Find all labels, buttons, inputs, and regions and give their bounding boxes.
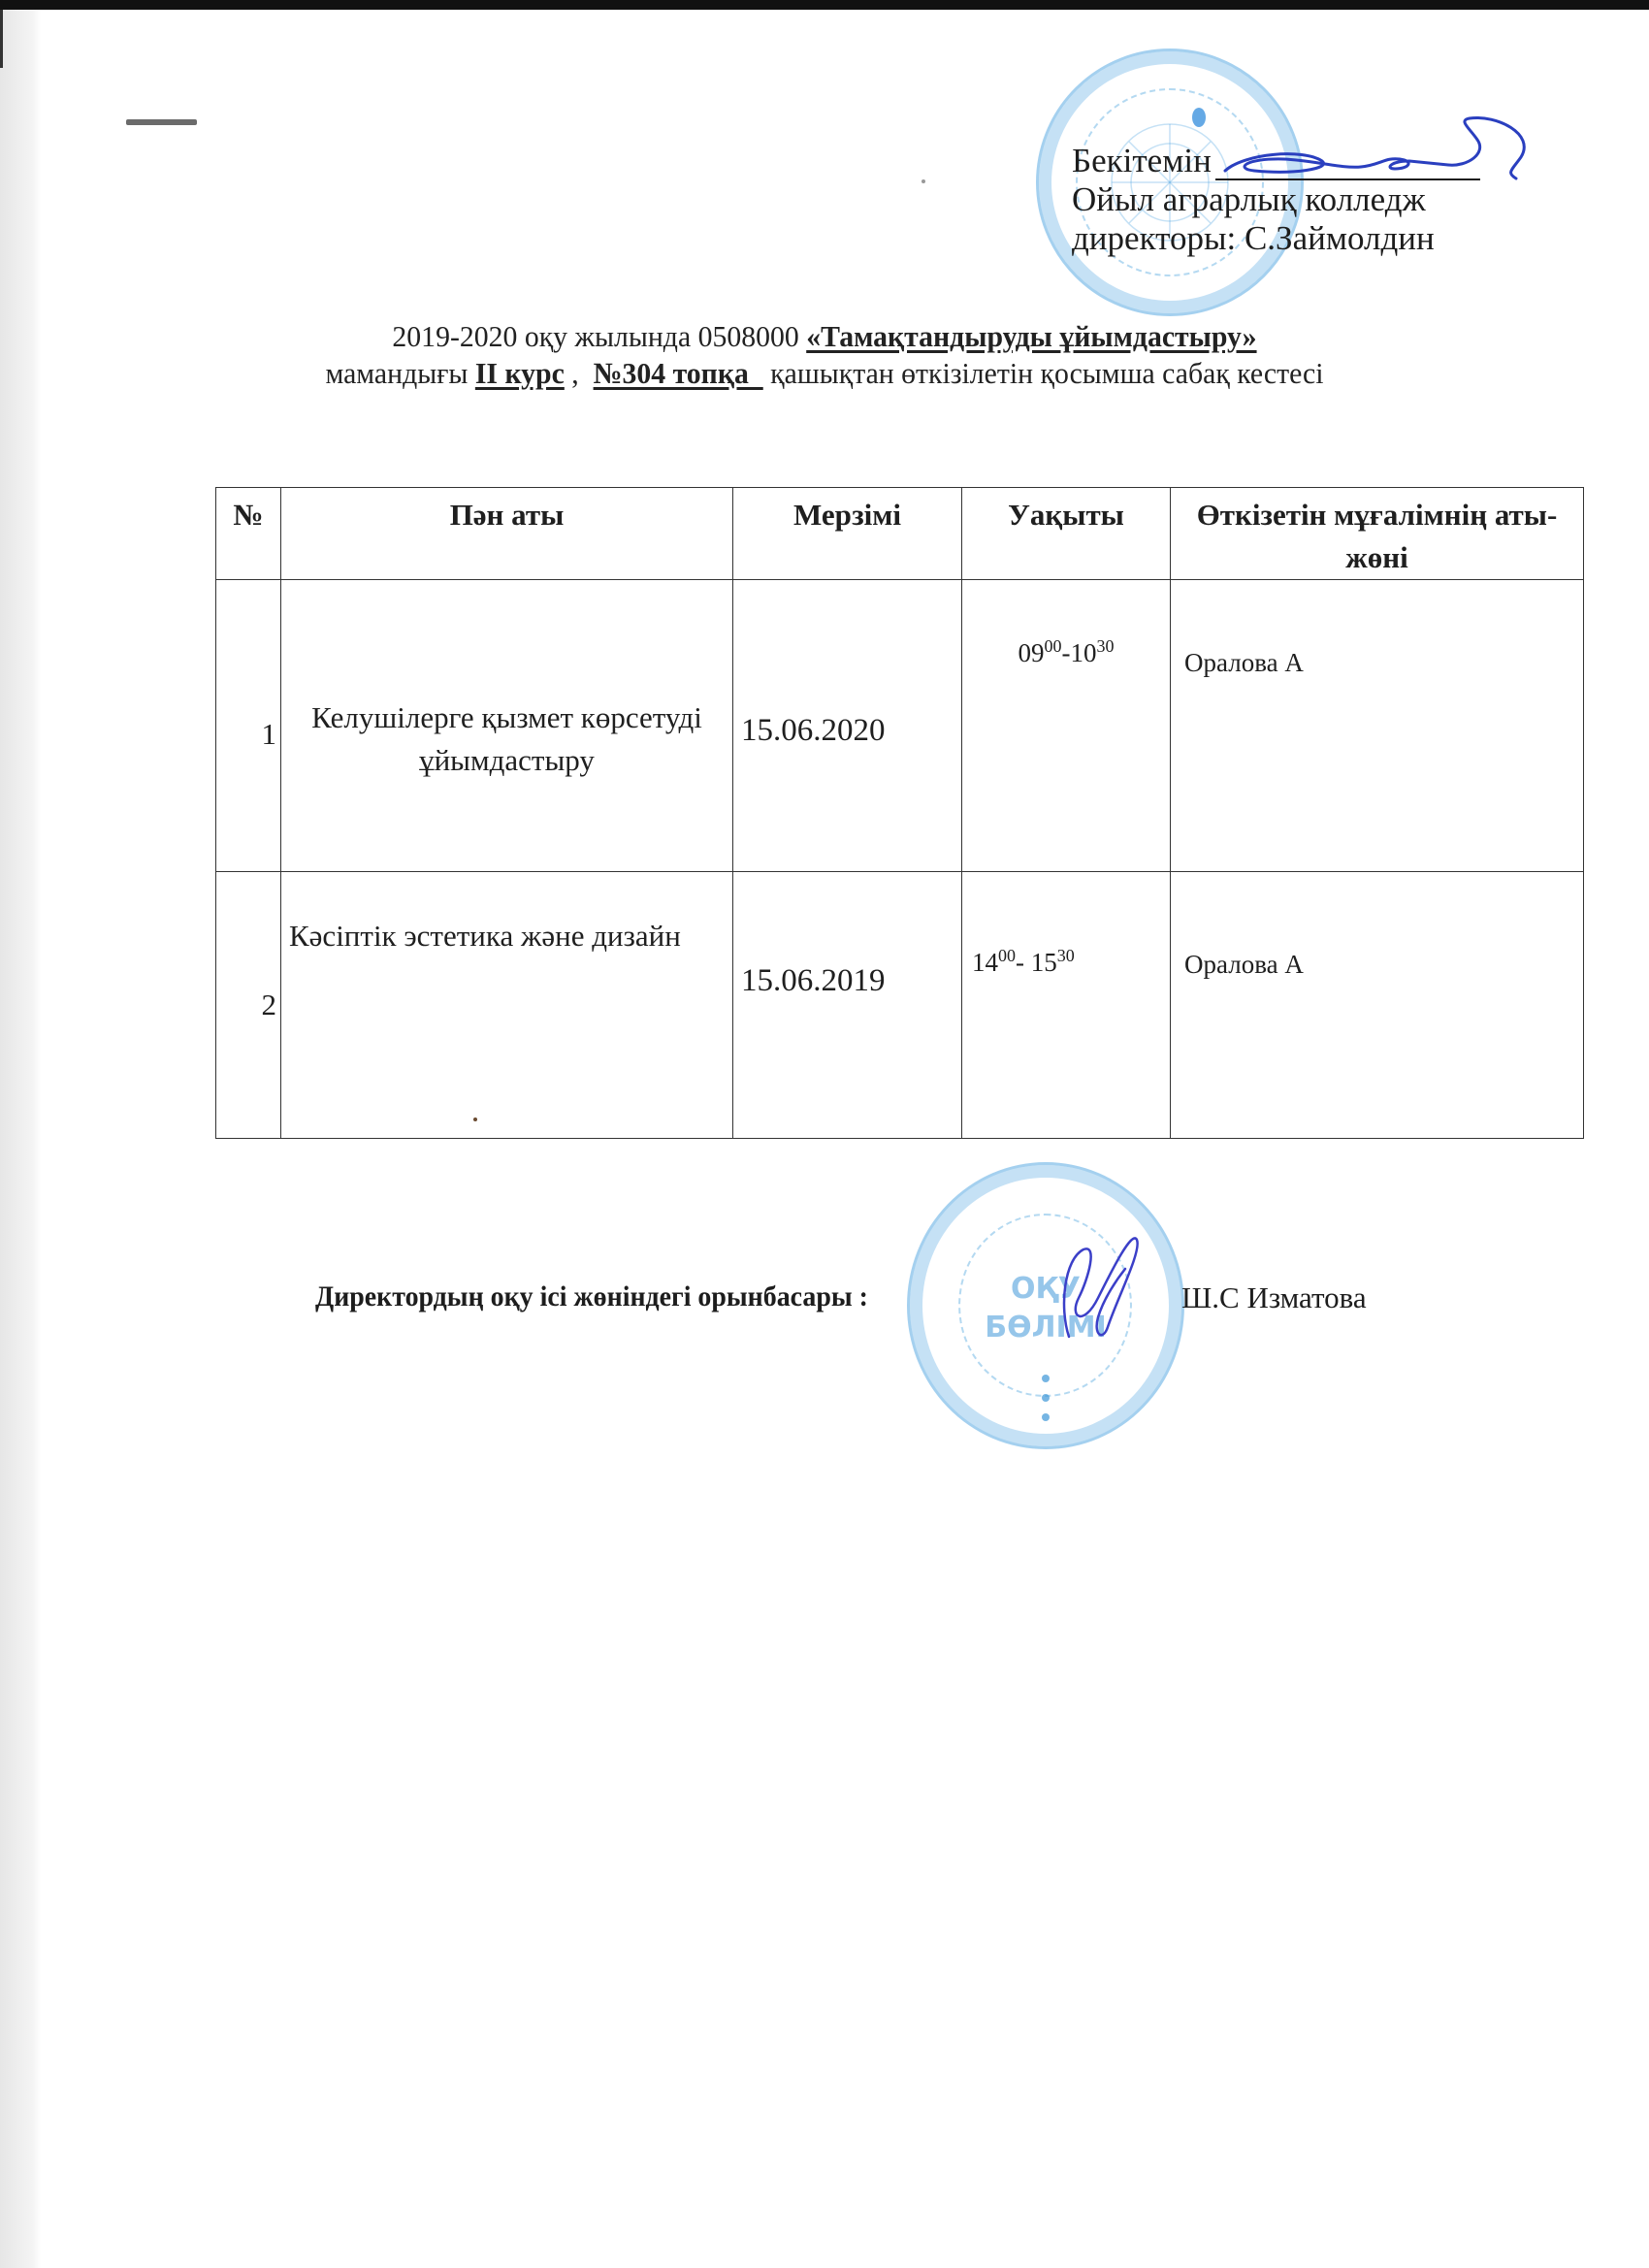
approval-block: Бекітемін Ойыл аграрлық колледж директор… <box>1072 142 1480 258</box>
title-specialty-label: мамандығы <box>325 356 474 390</box>
ink-speck <box>921 179 925 183</box>
time-end-minute: 30 <box>1057 946 1075 965</box>
schedule-table: № Пән аты Мерзімі Уақыты Өткізетін мұғал… <box>215 487 1584 1139</box>
director-signature-line <box>1215 146 1480 180</box>
cell-date: 15.06.2019 <box>733 872 962 1139</box>
table-header-row: № Пән аты Мерзімі Уақыты Өткізетін мұғал… <box>216 488 1584 580</box>
cell-teacher: Оралова А <box>1171 872 1584 1139</box>
director-signature <box>1215 114 1526 192</box>
title-specialty: «Тамақтандыруды ұйымдастыру» <box>806 319 1256 353</box>
time-start-minute: 00 <box>1045 636 1062 656</box>
time-end-hour: 15 <box>1031 948 1057 977</box>
title-course: II курс <box>475 356 565 390</box>
title-group: №304 топқа <box>594 356 763 390</box>
punch-mark <box>126 119 197 125</box>
deputy-signature <box>1040 1220 1147 1346</box>
scan-edge-top <box>0 0 1649 10</box>
document-title: 2019-2020 оқу жылында 0508000 «Тамақтанд… <box>33 318 1616 392</box>
time-start-hour: 09 <box>1018 638 1045 667</box>
table-row: 1 Келушілерге қызмет көрсетуді ұйымдасты… <box>216 580 1584 872</box>
time-separator: - <box>1062 638 1071 667</box>
header-date: Мерзімі <box>733 488 962 580</box>
cell-date: 15.06.2020 <box>733 580 962 872</box>
deputy-title: Директордың оқу ісі жөніндегі орынбасары… <box>315 1280 868 1313</box>
table-row: 2 Кәсіптік эстетика және дизайн 15.06.20… <box>216 872 1584 1139</box>
approval-label: Бекітемін <box>1072 142 1212 180</box>
header-subject: Пән аты <box>281 488 733 580</box>
cell-time: 1400- 1530 <box>962 872 1171 1139</box>
cell-teacher: Оралова А <box>1171 580 1584 872</box>
title-description: қашықтан өткізілетін қосымша сабақ кесте… <box>763 356 1324 390</box>
time-start-minute: 00 <box>998 946 1016 965</box>
header-number: № <box>216 488 281 580</box>
time-end-minute: 30 <box>1097 636 1115 656</box>
deputy-name: Ш.С Изматова <box>1181 1280 1367 1315</box>
time-separator: - <box>1016 948 1031 977</box>
time-end-hour: 10 <box>1071 638 1097 667</box>
header-teacher: Өткізетін мұғалімнің аты-жөні <box>1171 488 1584 580</box>
title-comma: , <box>565 356 594 390</box>
cell-number: 1 <box>216 580 281 872</box>
title-year-code: 2019-2020 оқу жылында 0508000 <box>392 319 806 353</box>
cell-number: 2 <box>216 872 281 1139</box>
cell-subject: Кәсіптік эстетика және дизайн <box>281 872 733 1139</box>
cell-time: 0900-1030 <box>962 580 1171 872</box>
cell-subject: Келушілерге қызмет көрсетуді ұйымдастыру <box>281 580 733 872</box>
header-time: Уақыты <box>962 488 1171 580</box>
approval-director: директоры: С.Займолдин <box>1072 219 1480 258</box>
time-start-hour: 14 <box>972 948 998 977</box>
